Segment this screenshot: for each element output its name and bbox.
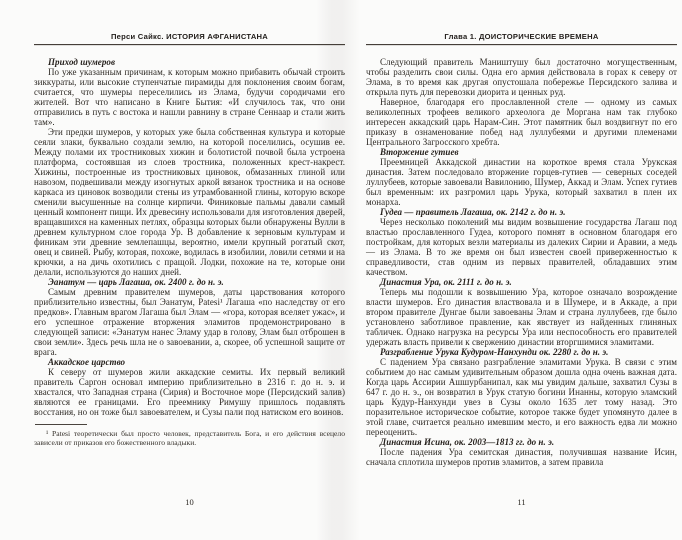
paragraph: Самым древним правителем шумеров, даты ц… [34,287,345,357]
footnote-rule [35,424,87,425]
page-number-right: 11 [366,497,677,507]
paragraph: Следующий правитель Маништушу был достат… [366,57,677,97]
section-heading: Династия Исина, ок. 2003—1813 гг. до н. … [366,437,677,447]
running-head-left: Перси Сайкс. ИСТОРИЯ АФГАНИСТАНА [34,32,345,41]
paragraph: Через несколько поколений мы видим возвы… [366,217,677,277]
header-rule-left [34,44,345,45]
section-heading: Разграбление Урука Кудуром-Нанхунди ок. … [366,347,677,357]
paragraph: После падения Ура семитская династия, по… [366,447,677,467]
page-body-right: Следующий правитель Маништушу был достат… [366,57,677,467]
section-heading: Династия Ура, ок. 2111 г. до н. э. [366,277,677,287]
section-heading: Гудеа — правитель Лагаша, ок. 2142 г. до… [366,207,677,217]
section-heading: Вторжение гутиев [366,147,677,157]
page-left: Перси Сайкс. ИСТОРИЯ АФГАНИСТАНА Приход … [34,0,345,540]
section-heading: Приход шумеров [34,57,345,67]
paragraph: Преемницей Аккадской династии на коротко… [366,157,677,207]
page-number-left: 10 [34,497,345,507]
page-body-left: Приход шумеровПо уже указанным причинам,… [34,57,345,417]
page-right: Глава 1. ДОИСТОРИЧЕСКИЕ ВРЕМЕНА Следующи… [366,0,677,540]
paragraph: С падением Ура связано разграбление элам… [366,357,677,437]
section-heading: Эанатум — царь Лагаша, ок. 2400 г. до н.… [34,277,345,287]
footnote: ¹ Patesi теоретически был просто человек… [34,429,345,447]
paragraph: По уже указанным причинам, к которым мож… [34,67,345,127]
section-heading: Аккадское царство [34,357,345,367]
header-rule-right [366,44,677,45]
paragraph: Эти предки шумеров, у которых уже была с… [34,127,345,277]
paragraph: Теперь мы подошли к возвышению Ура, кото… [366,287,677,347]
paragraph: Наверное, благодаря его прославленной ст… [366,97,677,147]
paragraph: К северу от шумеров жили аккадские семит… [34,367,345,417]
book-spread: Перси Сайкс. ИСТОРИЯ АФГАНИСТАНА Приход … [0,0,682,540]
running-head-right: Глава 1. ДОИСТОРИЧЕСКИЕ ВРЕМЕНА [366,32,677,41]
